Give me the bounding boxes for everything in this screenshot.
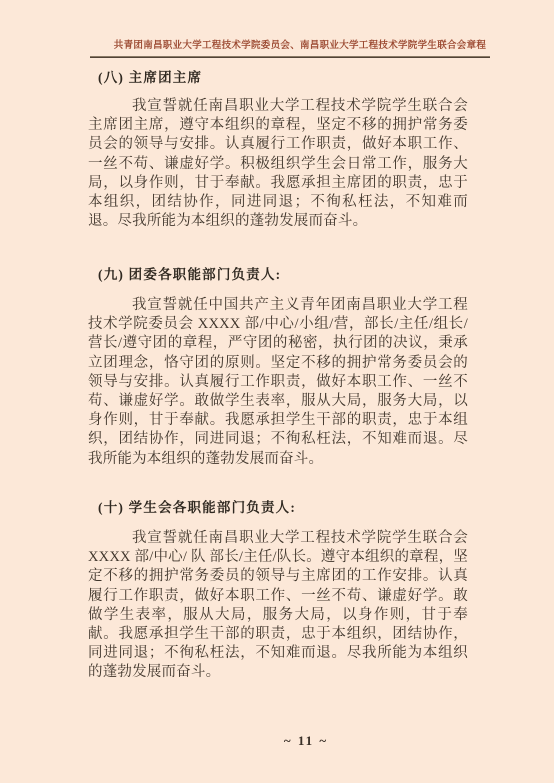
page-number: ~ 11 ~ (0, 733, 554, 749)
section-heading-8: (八) 主席团主席 (98, 66, 202, 86)
section-body-9: 我宣誓就任中国共产主义青年团南昌职业大学工程技术学院委员会 XXXX 部/中心/… (88, 296, 468, 469)
header-divider (90, 56, 490, 58)
section-body-10: 我宣誓就任南昌职业大学工程技术学院学生联合会 XXXX 部/中心/ 队 部长/主… (88, 529, 468, 683)
section-body-8: 我宣誓就任南昌职业大学工程技术学院学生联合会主席团主席，遵守本组织的章程，坚定不… (88, 97, 468, 231)
document-page: 共青团南昌职业大学工程技术学院委员会、南昌职业大学工程技术学院学生联合会章程 (… (0, 0, 554, 783)
page-header-title: 共青团南昌职业大学工程技术学院委员会、南昌职业大学工程技术学院学生联合会章程 (90, 37, 510, 51)
section-heading-9: (九) 团委各职能部门负责人: (98, 263, 281, 283)
section-heading-10: (十) 学生会各职能部门负责人: (98, 496, 296, 516)
